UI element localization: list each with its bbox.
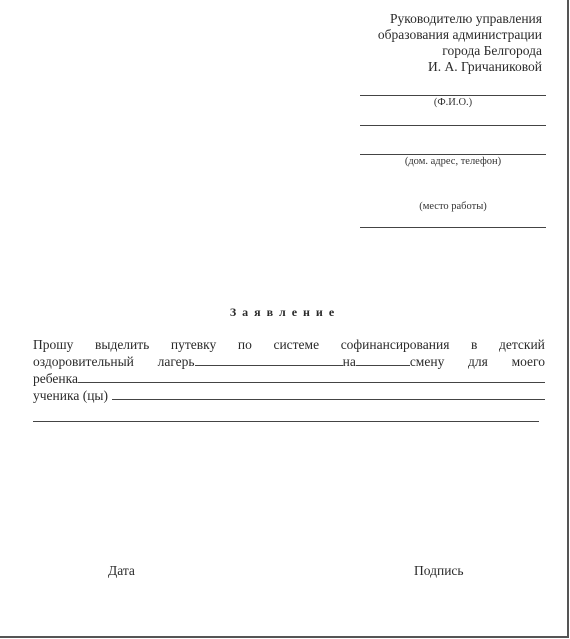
word: детский (499, 337, 545, 353)
body-line-4: ученика (цы) (33, 387, 545, 404)
addressee-line: И. А. Гричаниковой (322, 59, 542, 75)
body-line-2: оздоровительный лагерьнасмену для моего (33, 353, 545, 370)
signature-label: Подпись (414, 563, 464, 579)
camp-name-field[interactable] (195, 353, 343, 366)
addressee-line: Руководителю управления (322, 11, 542, 27)
body-line-1: Прошу выделить путевку по системе софина… (33, 337, 545, 353)
word: путевку (171, 337, 216, 353)
pupil-field[interactable] (112, 387, 545, 400)
word: лагерь (158, 354, 195, 370)
word: системе (273, 337, 319, 353)
word: смену (410, 354, 445, 370)
word: Прошу (33, 337, 73, 353)
camp-phrase: лагерьнасмену (158, 353, 445, 370)
shift-number-field[interactable] (356, 353, 410, 366)
body-line-3: ребенка (33, 370, 545, 387)
word: выделить (95, 337, 149, 353)
address-field-line-2[interactable] (360, 154, 546, 155)
word: моего (512, 354, 545, 370)
document-title: Заявление (0, 305, 570, 320)
word: оздоровительный (33, 354, 134, 370)
application-body: Прошу выделить путевку по системе софина… (33, 337, 545, 404)
fio-caption: (Ф.И.О.) (360, 97, 546, 108)
workplace-field-line[interactable] (360, 227, 546, 228)
pupil-field-continuation-line[interactable] (33, 421, 539, 422)
workplace-caption: (место работы) (360, 201, 546, 212)
addressee-line: города Белгорода (322, 43, 542, 59)
addressee-block: Руководителю управления образования адми… (322, 11, 542, 75)
child-name-field[interactable] (78, 370, 545, 383)
word: софинансирования (341, 337, 450, 353)
fio-field-line[interactable] (360, 95, 546, 96)
date-label: Дата (108, 563, 135, 579)
addressee-line: образования администрации (322, 27, 542, 43)
word: по (238, 337, 252, 353)
document-page: Руководителю управления образования адми… (0, 0, 569, 638)
address-field-line-1[interactable] (360, 125, 546, 126)
word: для (468, 354, 488, 370)
word: в (471, 337, 477, 353)
child-label: ребенка (33, 371, 78, 387)
word: на (343, 354, 356, 370)
pupil-label: ученика (цы) (33, 388, 108, 404)
address-phone-caption: (дом. адрес, телефон) (360, 156, 546, 167)
